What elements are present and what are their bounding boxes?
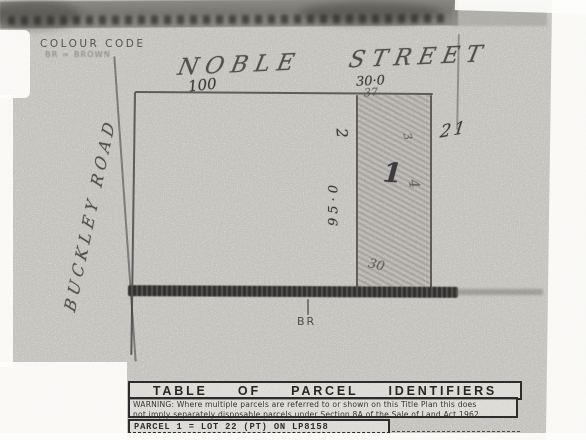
dim-strip-top-alt: 37 [364,86,379,100]
scanned-title-plan: COLOUR CODE BR = BROWN NOBLE STREET BUCK… [0,0,586,440]
right-edge-line [456,34,459,130]
scan-margin-left [0,95,13,367]
warning-line-1: WARNING: Where multiple parcels are refe… [133,400,513,410]
parcel-number-1: 1 [382,157,403,189]
warning-line-2: not imply separately disposable parcels … [133,410,513,420]
lot-21-label: 21 [439,117,469,143]
lot-right-boundary-line [430,95,432,288]
scan-margin-bottom [0,433,586,440]
scan-margin-bottom-left [0,362,127,440]
colour-code-title: COLOUR CODE [40,38,145,50]
parcel-row-dashed-extension [392,431,520,432]
parcel-row-box: PARCEL 1 = LOT 22 (PT) ON LP8158 [128,419,390,433]
br-leader-line [307,299,309,315]
road-label-buckley-road: BUCKLEY ROAD [57,97,123,331]
parcel-row-text: PARCEL 1 = LOT 22 (PT) ON LP8158 [134,422,329,432]
dim-strip-side: 95·0 [327,174,342,234]
parcel-table-warning-box: WARNING: Where multiple parcels are refe… [128,397,518,418]
colour-code-entry: BR = BROWN [45,50,111,59]
scan-band-blotch [300,2,440,24]
bottom-band-fade [455,289,543,295]
street-label-noble-street: NOBLE STREET [175,41,491,81]
mark-two: 2 [332,128,351,139]
dim-frontage-100: 100 [187,75,217,96]
bottom-hatched-band [128,285,458,298]
scan-margin-left-top [0,30,30,98]
scan-margin-right [546,0,586,440]
parcel-table-title: TABLE OF PARCEL IDENTIFIERS [153,384,497,398]
colour-ref-br: BR [297,315,316,328]
